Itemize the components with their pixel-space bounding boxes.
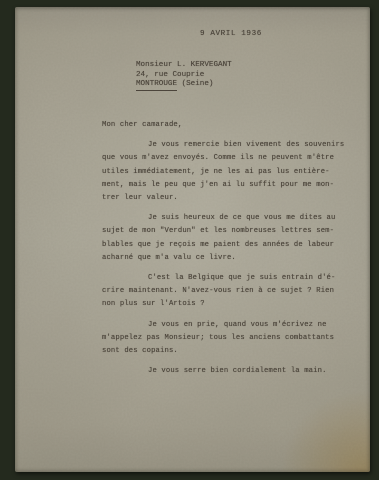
- recipient-region: (Seine): [177, 80, 213, 88]
- letter-line: non plus sur l'Artois ?: [102, 298, 330, 311]
- letter-paper: 9 AVRIL 1936 Monsieur L. KERVEGANT 24, r…: [15, 7, 370, 472]
- recipient-name: Monsieur L. KERVEGANT: [136, 61, 232, 71]
- letter-line: sujet de mon "Verdun" et les nombreuses …: [102, 225, 330, 238]
- letter-line: ment, mais le peu que j'en ai lu suffit …: [102, 179, 330, 192]
- letter-line: que vous m'avez envoyés. Comme ils ne pe…: [102, 152, 330, 165]
- letter-line: m'appelez pas Monsieur; tous les anciens…: [102, 332, 330, 345]
- letter-line: utiles immédiatement, je ne les ai pas l…: [102, 166, 330, 179]
- letter-line: sont des copains.: [102, 345, 330, 358]
- letter-salutation: Mon cher camarade,: [102, 119, 330, 132]
- letter-line: crire maintenant. N'avez-vous rien à ce …: [102, 285, 330, 298]
- letter-line: Je vous remercie bien vivement des souve…: [102, 139, 330, 152]
- letter-line: blables que je reçois me paient des anné…: [102, 239, 330, 252]
- letter-paragraphs: Je vous remercie bien vivement des souve…: [102, 139, 330, 358]
- letter-body: Mon cher camarade, Je vous remercie bien…: [102, 119, 330, 378]
- letter-line: C'est la Belgique que je suis entrain d'…: [102, 272, 330, 285]
- letter-line: Je vous en prie, quand vous m'écrivez ne: [102, 319, 330, 332]
- recipient-address-block: Monsieur L. KERVEGANT 24, rue Couprie MO…: [136, 61, 232, 91]
- recipient-city: MONTROUGE: [136, 80, 177, 91]
- recipient-city-line: MONTROUGE (Seine): [136, 80, 232, 91]
- letter-line: acharné que m'a valu ce livre.: [102, 252, 330, 265]
- scanned-letter-page: 9 AVRIL 1936 Monsieur L. KERVEGANT 24, r…: [0, 0, 379, 480]
- letter-line: trer leur valeur.: [102, 192, 330, 205]
- recipient-street: 24, rue Couprie: [136, 71, 232, 81]
- letter-closing: Je vous serre bien cordialement la main.: [102, 365, 330, 378]
- letter-date: 9 AVRIL 1936: [200, 30, 262, 38]
- letter-line: Je suis heureux de ce que vous me dites …: [102, 212, 330, 225]
